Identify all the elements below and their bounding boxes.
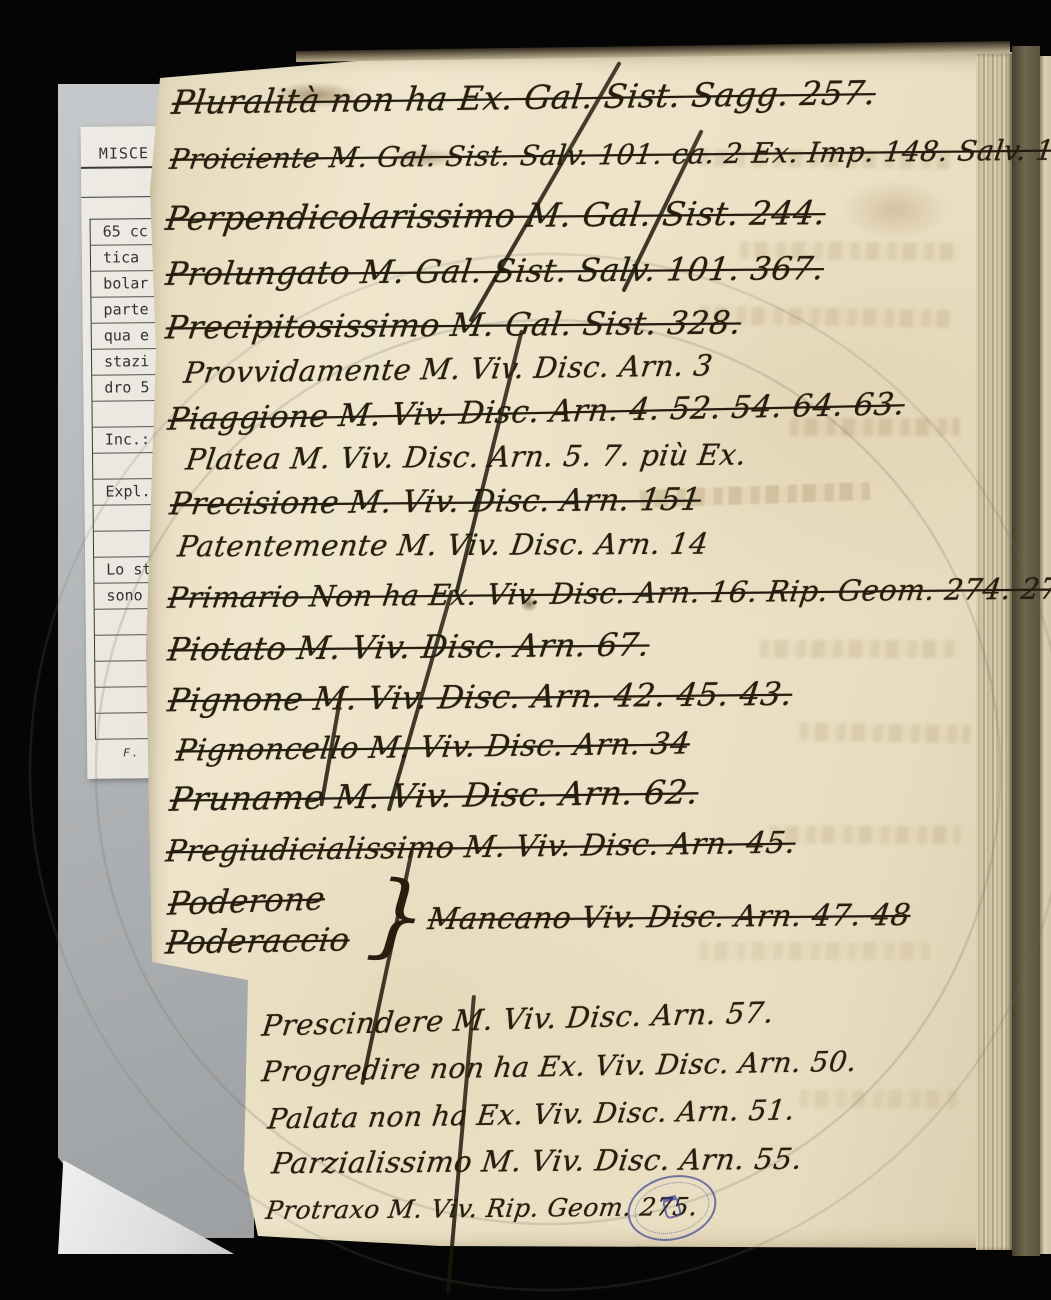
page-edge-stack — [976, 54, 1012, 1250]
facing-page-edge — [1040, 56, 1051, 1254]
manuscript-photo: MISCE 65 ccticabolarpartequa estazidro 5… — [0, 0, 1051, 1300]
book-gutter — [1012, 46, 1040, 1256]
library-stamp-emblem — [662, 1197, 682, 1219]
manuscript-page — [140, 50, 1012, 1252]
